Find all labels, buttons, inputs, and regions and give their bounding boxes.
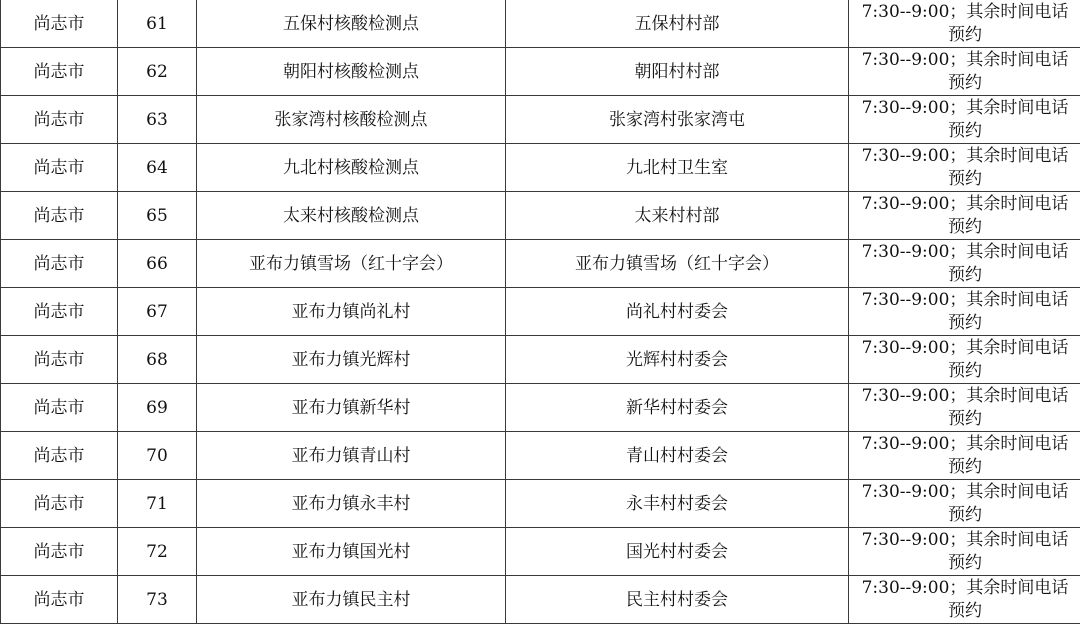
hours-line-1: 7:30--9:00；其余时间电话 bbox=[851, 337, 1079, 360]
location-cell: 太来村村部 bbox=[506, 192, 849, 240]
location-cell: 张家湾村张家湾屯 bbox=[506, 96, 849, 144]
hours-line-1: 7:30--9:00；其余时间电话 bbox=[851, 241, 1079, 264]
hours-line-2: 预约 bbox=[851, 168, 1079, 191]
site-name-cell: 亚布力镇民主村 bbox=[197, 576, 506, 624]
number-cell: 64 bbox=[118, 144, 197, 192]
hours-line-2: 预约 bbox=[851, 552, 1079, 575]
site-name-cell: 亚布力镇永丰村 bbox=[197, 480, 506, 528]
number-cell: 66 bbox=[118, 240, 197, 288]
location-cell: 光辉村村委会 bbox=[506, 336, 849, 384]
hours-line-2: 预约 bbox=[851, 312, 1079, 335]
hours-line-2: 预约 bbox=[851, 408, 1079, 431]
hours-cell: 7:30--9:00；其余时间电话 预约 bbox=[849, 96, 1080, 144]
table-body: 尚志市 61 五保村核酸检测点 五保村村部 7:30--9:00；其余时间电话 … bbox=[1, 0, 1080, 624]
hours-line-1: 7:30--9:00；其余时间电话 bbox=[851, 1, 1079, 24]
hours-cell: 7:30--9:00；其余时间电话 预约 bbox=[849, 192, 1080, 240]
hours-line-2: 预约 bbox=[851, 600, 1079, 623]
number-cell: 61 bbox=[118, 0, 197, 48]
location-cell: 五保村村部 bbox=[506, 0, 849, 48]
hours-cell: 7:30--9:00；其余时间电话 预约 bbox=[849, 288, 1080, 336]
hours-cell: 7:30--9:00；其余时间电话 预约 bbox=[849, 432, 1080, 480]
site-name-cell: 张家湾村核酸检测点 bbox=[197, 96, 506, 144]
testing-sites-table: 尚志市 61 五保村核酸检测点 五保村村部 7:30--9:00；其余时间电话 … bbox=[0, 0, 1080, 624]
number-cell: 71 bbox=[118, 480, 197, 528]
table-row: 尚志市 62 朝阳村核酸检测点 朝阳村村部 7:30--9:00；其余时间电话 … bbox=[1, 48, 1080, 96]
number-cell: 65 bbox=[118, 192, 197, 240]
site-name-cell: 亚布力镇尚礼村 bbox=[197, 288, 506, 336]
hours-line-1: 7:30--9:00；其余时间电话 bbox=[851, 433, 1079, 456]
hours-line-1: 7:30--9:00；其余时间电话 bbox=[851, 97, 1079, 120]
site-name-cell: 亚布力镇光辉村 bbox=[197, 336, 506, 384]
hours-line-1: 7:30--9:00；其余时间电话 bbox=[851, 193, 1079, 216]
table-row: 尚志市 69 亚布力镇新华村 新华村村委会 7:30--9:00；其余时间电话 … bbox=[1, 384, 1080, 432]
city-cell: 尚志市 bbox=[1, 96, 118, 144]
table-row: 尚志市 70 亚布力镇青山村 青山村村委会 7:30--9:00；其余时间电话 … bbox=[1, 432, 1080, 480]
city-cell: 尚志市 bbox=[1, 576, 118, 624]
number-cell: 67 bbox=[118, 288, 197, 336]
table-row: 尚志市 63 张家湾村核酸检测点 张家湾村张家湾屯 7:30--9:00；其余时… bbox=[1, 96, 1080, 144]
site-name-cell: 五保村核酸检测点 bbox=[197, 0, 506, 48]
location-cell: 青山村村委会 bbox=[506, 432, 849, 480]
table-row: 尚志市 73 亚布力镇民主村 民主村村委会 7:30--9:00；其余时间电话 … bbox=[1, 576, 1080, 624]
site-name-cell: 亚布力镇国光村 bbox=[197, 528, 506, 576]
hours-cell: 7:30--9:00；其余时间电话 预约 bbox=[849, 480, 1080, 528]
hours-line-2: 预约 bbox=[851, 504, 1079, 527]
site-name-cell: 亚布力镇新华村 bbox=[197, 384, 506, 432]
hours-line-1: 7:30--9:00；其余时间电话 bbox=[851, 481, 1079, 504]
hours-line-1: 7:30--9:00；其余时间电话 bbox=[851, 145, 1079, 168]
hours-cell: 7:30--9:00；其余时间电话 预约 bbox=[849, 576, 1080, 624]
hours-line-2: 预约 bbox=[851, 24, 1079, 47]
site-name-cell: 亚布力镇雪场（红十字会） bbox=[197, 240, 506, 288]
table-row: 尚志市 72 亚布力镇国光村 国光村村委会 7:30--9:00；其余时间电话 … bbox=[1, 528, 1080, 576]
city-cell: 尚志市 bbox=[1, 240, 118, 288]
hours-cell: 7:30--9:00；其余时间电话 预约 bbox=[849, 0, 1080, 48]
number-cell: 73 bbox=[118, 576, 197, 624]
city-cell: 尚志市 bbox=[1, 528, 118, 576]
location-cell: 民主村村委会 bbox=[506, 576, 849, 624]
hours-line-1: 7:30--9:00；其余时间电话 bbox=[851, 385, 1079, 408]
city-cell: 尚志市 bbox=[1, 288, 118, 336]
hours-line-1: 7:30--9:00；其余时间电话 bbox=[851, 49, 1079, 72]
city-cell: 尚志市 bbox=[1, 432, 118, 480]
hours-cell: 7:30--9:00；其余时间电话 预约 bbox=[849, 144, 1080, 192]
city-cell: 尚志市 bbox=[1, 384, 118, 432]
location-cell: 永丰村村委会 bbox=[506, 480, 849, 528]
hours-cell: 7:30--9:00；其余时间电话 预约 bbox=[849, 384, 1080, 432]
table-row: 尚志市 64 九北村核酸检测点 九北村卫生室 7:30--9:00；其余时间电话… bbox=[1, 144, 1080, 192]
number-cell: 69 bbox=[118, 384, 197, 432]
location-cell: 亚布力镇雪场（红十字会） bbox=[506, 240, 849, 288]
city-cell: 尚志市 bbox=[1, 336, 118, 384]
hours-cell: 7:30--9:00；其余时间电话 预约 bbox=[849, 48, 1080, 96]
table-row: 尚志市 65 太来村核酸检测点 太来村村部 7:30--9:00；其余时间电话 … bbox=[1, 192, 1080, 240]
city-cell: 尚志市 bbox=[1, 144, 118, 192]
number-cell: 68 bbox=[118, 336, 197, 384]
hours-line-1: 7:30--9:00；其余时间电话 bbox=[851, 577, 1079, 600]
hours-line-2: 预约 bbox=[851, 360, 1079, 383]
location-cell: 尚礼村村委会 bbox=[506, 288, 849, 336]
hours-line-1: 7:30--9:00；其余时间电话 bbox=[851, 289, 1079, 312]
number-cell: 62 bbox=[118, 48, 197, 96]
location-cell: 九北村卫生室 bbox=[506, 144, 849, 192]
hours-line-2: 预约 bbox=[851, 216, 1079, 239]
site-name-cell: 太来村核酸检测点 bbox=[197, 192, 506, 240]
location-cell: 朝阳村村部 bbox=[506, 48, 849, 96]
number-cell: 72 bbox=[118, 528, 197, 576]
number-cell: 70 bbox=[118, 432, 197, 480]
number-cell: 63 bbox=[118, 96, 197, 144]
table-row: 尚志市 71 亚布力镇永丰村 永丰村村委会 7:30--9:00；其余时间电话 … bbox=[1, 480, 1080, 528]
hours-cell: 7:30--9:00；其余时间电话 预约 bbox=[849, 336, 1080, 384]
table-row: 尚志市 68 亚布力镇光辉村 光辉村村委会 7:30--9:00；其余时间电话 … bbox=[1, 336, 1080, 384]
hours-line-2: 预约 bbox=[851, 120, 1079, 143]
hours-line-2: 预约 bbox=[851, 264, 1079, 287]
hours-line-1: 7:30--9:00；其余时间电话 bbox=[851, 529, 1079, 552]
table-row: 尚志市 61 五保村核酸检测点 五保村村部 7:30--9:00；其余时间电话 … bbox=[1, 0, 1080, 48]
hours-line-2: 预约 bbox=[851, 72, 1079, 95]
city-cell: 尚志市 bbox=[1, 480, 118, 528]
city-cell: 尚志市 bbox=[1, 48, 118, 96]
city-cell: 尚志市 bbox=[1, 192, 118, 240]
location-cell: 新华村村委会 bbox=[506, 384, 849, 432]
site-name-cell: 亚布力镇青山村 bbox=[197, 432, 506, 480]
city-cell: 尚志市 bbox=[1, 0, 118, 48]
hours-cell: 7:30--9:00；其余时间电话 预约 bbox=[849, 528, 1080, 576]
site-name-cell: 朝阳村核酸检测点 bbox=[197, 48, 506, 96]
location-cell: 国光村村委会 bbox=[506, 528, 849, 576]
hours-line-2: 预约 bbox=[851, 456, 1079, 479]
hours-cell: 7:30--9:00；其余时间电话 预约 bbox=[849, 240, 1080, 288]
site-name-cell: 九北村核酸检测点 bbox=[197, 144, 506, 192]
table-row: 尚志市 66 亚布力镇雪场（红十字会） 亚布力镇雪场（红十字会） 7:30--9… bbox=[1, 240, 1080, 288]
table-row: 尚志市 67 亚布力镇尚礼村 尚礼村村委会 7:30--9:00；其余时间电话 … bbox=[1, 288, 1080, 336]
